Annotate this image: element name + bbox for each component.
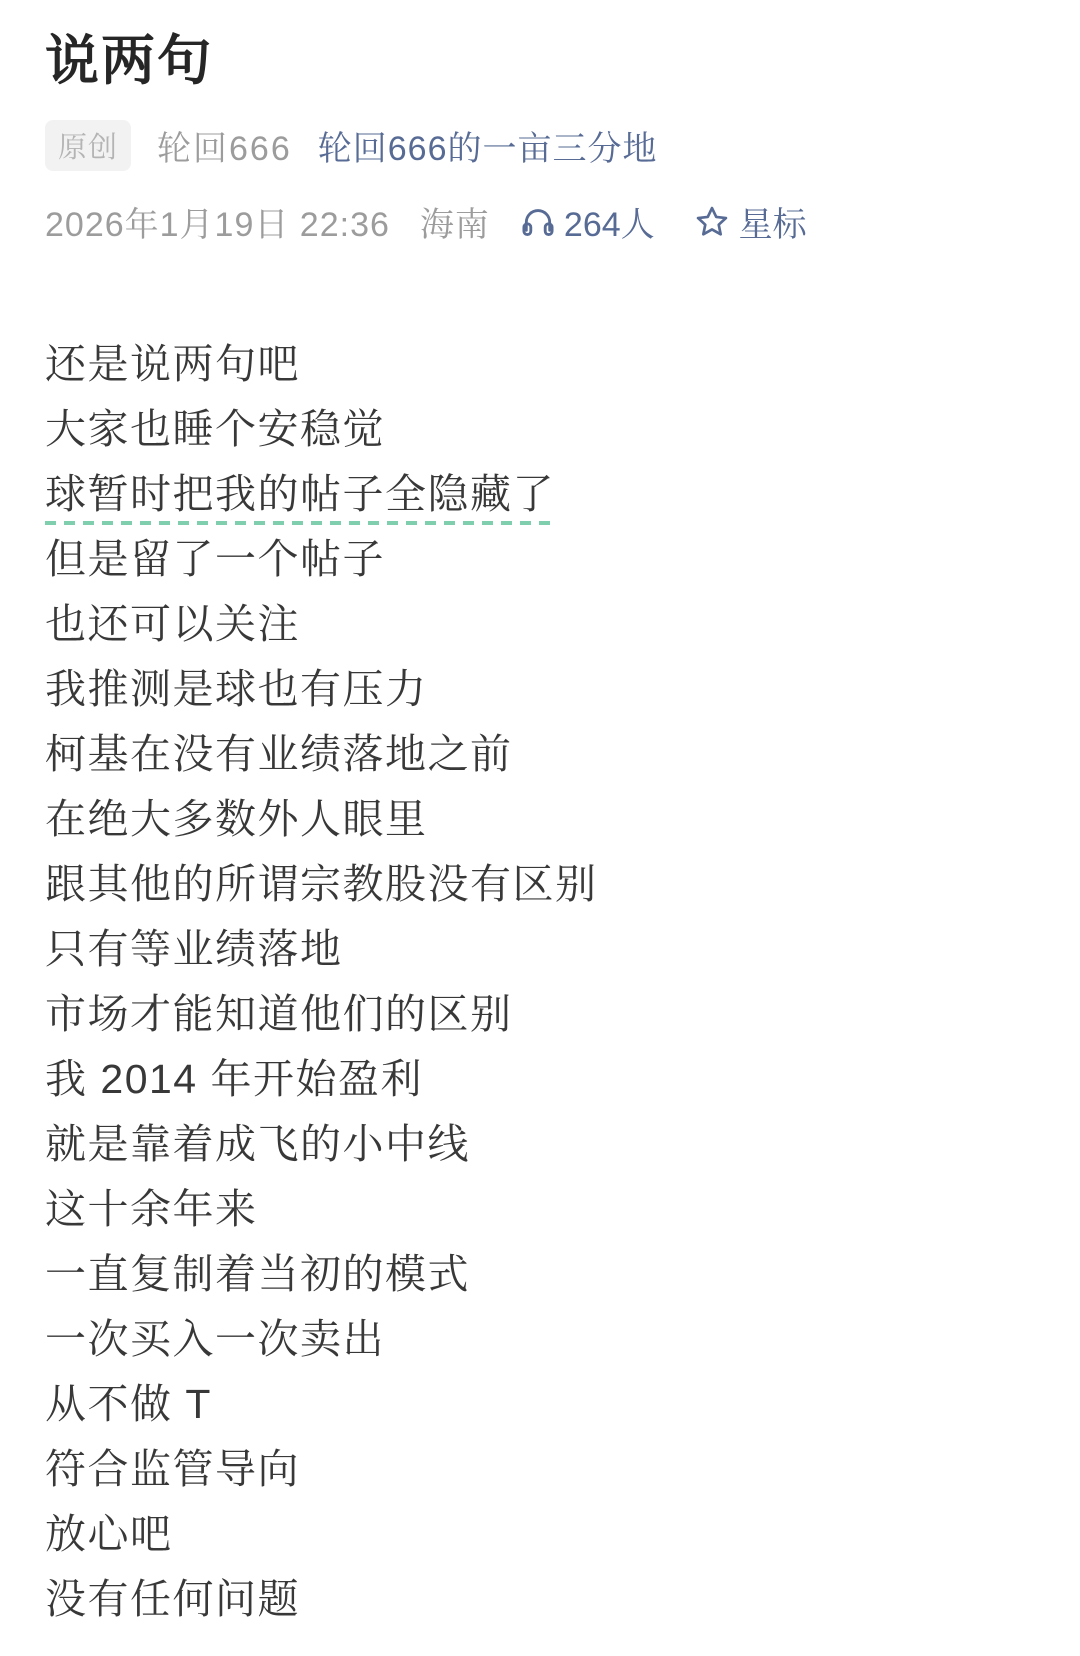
body-line-text: 就是靠着成飞的小中线 — [45, 1121, 470, 1167]
article-body: 还是说两句吧 大家也睡个安稳觉 球暂时把我的帖子全隐藏了 但是留了一个帖子 也还… — [45, 332, 1035, 1632]
page-title: 说两句 — [45, 26, 1035, 96]
body-line-text: 一次买入一次卖出 — [45, 1316, 385, 1362]
listen-count: 264人 — [564, 197, 655, 246]
meta-row: 2026年1月19日 22:36 海南 264人 星标 — [45, 197, 1035, 246]
body-line: 只有等业绩落地 — [45, 917, 1035, 982]
body-line: 从不做 T — [45, 1372, 1035, 1437]
body-line-text: 一直复制着当初的模式 — [45, 1251, 470, 1297]
body-line: 柯基在没有业绩落地之前 — [45, 722, 1035, 787]
body-line: 但是留了一个帖子 — [45, 527, 1035, 592]
headphone-icon — [520, 204, 556, 240]
body-line-text: 在绝大多数外人眼里 — [45, 796, 428, 842]
body-line-text: 这十余年来 — [45, 1186, 258, 1232]
body-line: 没有任何问题 — [45, 1567, 1035, 1632]
body-line-text: 跟其他的所谓宗教股没有区别 — [45, 861, 598, 907]
publish-date: 2026年1月19日 22:36 — [45, 197, 390, 246]
body-line-text: 还是说两句吧 — [45, 341, 300, 387]
body-line: 球暂时把我的帖子全隐藏了 — [45, 462, 1035, 527]
body-line-text: 没有任何问题 — [45, 1576, 300, 1622]
body-line-text: 我推测是球也有压力 — [45, 666, 428, 712]
body-line-text: 从不做 T — [45, 1381, 212, 1427]
star-button[interactable]: 星标 — [693, 197, 807, 246]
star-icon — [693, 203, 731, 241]
byline: 原创 轮回666 轮回666的一亩三分地 — [45, 120, 1035, 171]
body-line: 跟其他的所谓宗教股没有区别 — [45, 852, 1035, 917]
body-line: 我 2014 年开始盈利 — [45, 1047, 1035, 1112]
article-page: 说两句 原创 轮回666 轮回666的一亩三分地 2026年1月19日 22:3… — [0, 0, 1080, 1632]
body-line: 在绝大多数外人眼里 — [45, 787, 1035, 852]
body-line-text: 只有等业绩落地 — [45, 926, 343, 972]
body-line-text: 但是留了一个帖子 — [45, 536, 385, 582]
body-line: 一次买入一次卖出 — [45, 1307, 1035, 1372]
body-line: 一直复制着当初的模式 — [45, 1242, 1035, 1307]
body-line-text: 柯基在没有业绩落地之前 — [45, 731, 513, 777]
body-line: 还是说两句吧 — [45, 332, 1035, 397]
body-line-text: 也还可以关注 — [45, 601, 300, 647]
body-line: 这十余年来 — [45, 1177, 1035, 1242]
account-link[interactable]: 轮回666的一亩三分地 — [318, 121, 658, 170]
body-line-text: 市场才能知道他们的区别 — [45, 991, 513, 1037]
body-line-text: 放心吧 — [45, 1511, 173, 1557]
listen-button[interactable]: 264人 — [520, 197, 655, 246]
star-label: 星标 — [739, 197, 807, 246]
body-line: 放心吧 — [45, 1502, 1035, 1567]
author-name: 轮回666 — [157, 121, 292, 170]
body-line-text: 球暂时把我的帖子全隐藏了 — [45, 471, 555, 527]
publish-location: 海南 — [420, 197, 490, 246]
body-line: 我推测是球也有压力 — [45, 657, 1035, 722]
original-badge: 原创 — [45, 120, 131, 171]
body-line: 就是靠着成飞的小中线 — [45, 1112, 1035, 1177]
body-line: 大家也睡个安稳觉 — [45, 397, 1035, 462]
body-line: 市场才能知道他们的区别 — [45, 982, 1035, 1047]
body-line-text: 大家也睡个安稳觉 — [45, 406, 385, 452]
body-line-text: 符合监管导向 — [45, 1446, 300, 1492]
body-line-text: 我 2014 年开始盈利 — [45, 1056, 423, 1102]
body-line: 也还可以关注 — [45, 592, 1035, 657]
body-line: 符合监管导向 — [45, 1437, 1035, 1502]
